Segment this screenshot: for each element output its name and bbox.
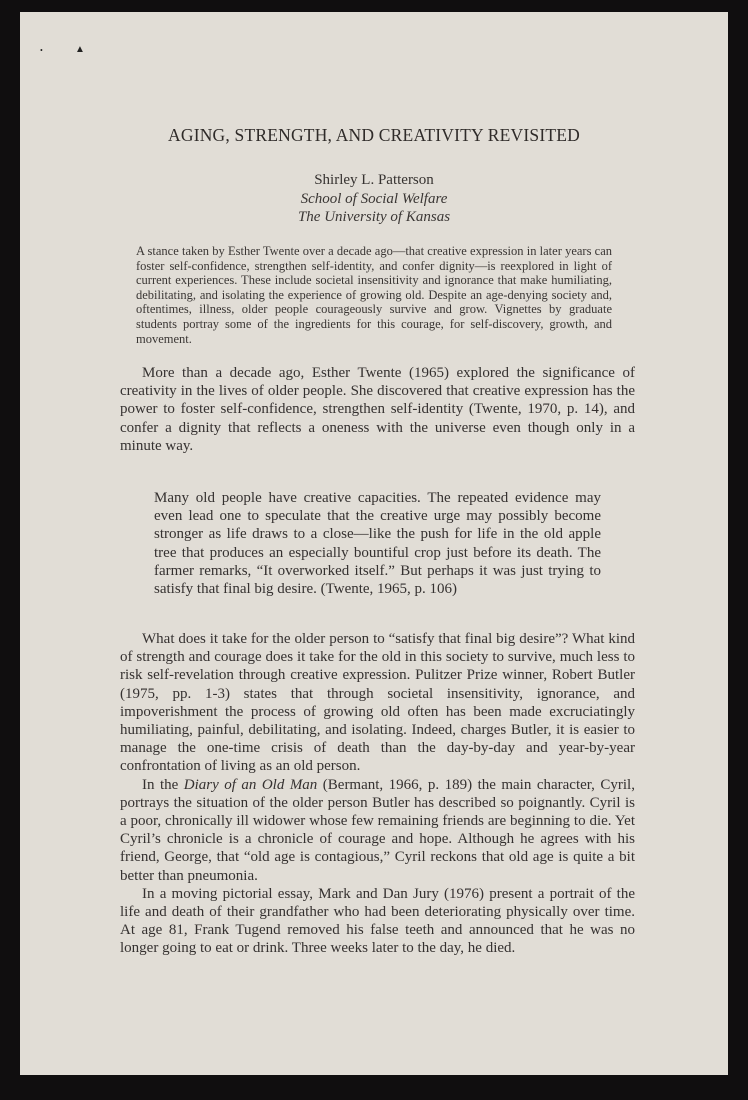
book-title: Diary of an Old Man (184, 777, 318, 793)
author-name: Shirley L. Patterson (20, 171, 728, 190)
body-text-continued: What does it take for the older person t… (120, 630, 635, 958)
paragraph-text: More than a decade ago, Esther Twente (1… (120, 364, 635, 455)
page-mark-triangle: ▲ (75, 44, 85, 55)
paragraph-text: In the (142, 777, 184, 793)
block-quote: Many old people have creative capacities… (154, 489, 601, 598)
article-title: AGING, STRENGTH, AND CREATIVITY REVISITE… (20, 125, 728, 146)
author-block: Shirley L. Patterson School of Social We… (20, 171, 728, 227)
block-quote-text: Many old people have creative capacities… (154, 489, 601, 598)
document-page: • ▲ AGING, STRENGTH, AND CREATIVITY REVI… (20, 12, 728, 1075)
body-paragraph-4: In a moving pictorial essay, Mark and Da… (120, 885, 635, 958)
page-mark-dot: • (40, 46, 43, 55)
author-affiliation-school: School of Social Welfare (20, 190, 728, 209)
body-paragraph-2: What does it take for the older person t… (120, 630, 635, 776)
author-affiliation-university: The University of Kansas (20, 208, 728, 227)
body-paragraph-3: In the Diary of an Old Man (Bermant, 196… (120, 776, 635, 885)
abstract: A stance taken by Esther Twente over a d… (136, 244, 612, 346)
abstract-text: A stance taken by Esther Twente over a d… (136, 244, 612, 346)
body-paragraph-1: More than a decade ago, Esther Twente (1… (120, 364, 635, 455)
